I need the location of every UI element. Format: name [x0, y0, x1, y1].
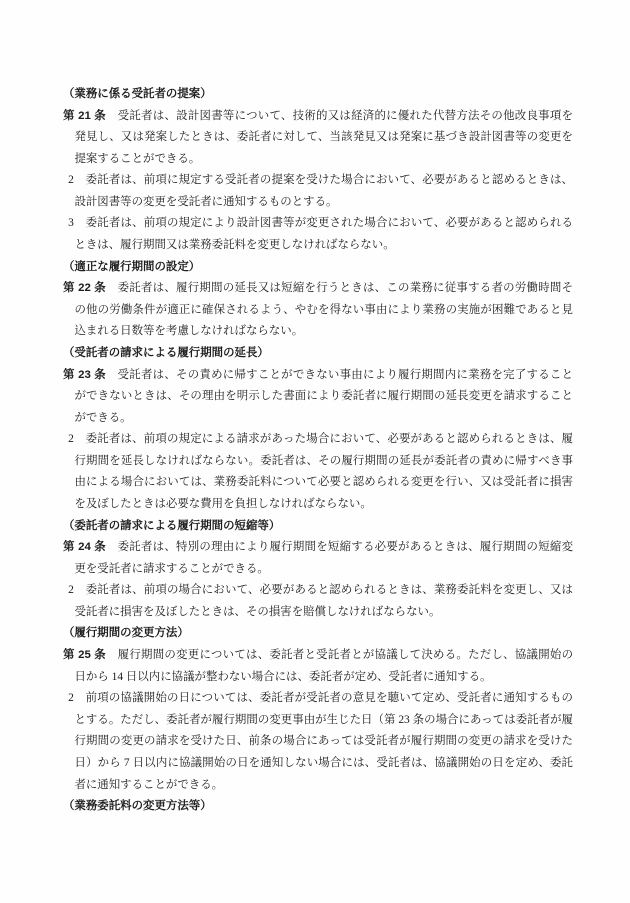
- paragraph-number: 2: [68, 174, 74, 186]
- article-sub-paragraph: 2 委託者は、前項の規定による請求があった場合において、必要があると認められると…: [63, 429, 573, 515]
- paragraph-text: 履行期間の変更については、委託者と受託者とが協議して決める。ただし、協議開始の日…: [74, 649, 573, 683]
- article-main-paragraph: 第 22 条 委託者は、履行期間の延長又は短縮を行うときは、この業務に従事する者…: [63, 278, 573, 343]
- document-page: （業務に係る受託者の提案）第 21 条 受託者は、設計図書等について、技術的又は…: [0, 0, 630, 903]
- paragraph-text: 委託者は、特別の理由により履行期間を短縮する必要があるときは、履行期間の短縮変更…: [74, 541, 573, 575]
- clause-heading: （業務に係る受託者の提案）: [63, 84, 573, 106]
- clause-heading: （履行期間の変更方法）: [63, 623, 573, 645]
- paragraph-text: 委託者は、前項の規定による請求があった場合において、必要があると認められるときは…: [74, 433, 573, 510]
- contract-text-body: （業務に係る受託者の提案）第 21 条 受託者は、設計図書等について、技術的又は…: [63, 84, 573, 818]
- article-sub-paragraph: 2 委託者は、前項に規定する受託者の提案を受けた場合において、必要があると認める…: [63, 170, 573, 213]
- article-sub-paragraph: 2 委託者は、前項の場合において、必要があると認められるときは、業務委託料を変更…: [63, 580, 573, 623]
- paragraph-text: 受託者は、設計図書等について、技術的又は経済的に優れた代替方法その他改良事項を発…: [74, 110, 573, 165]
- paragraph-number: 3: [68, 217, 74, 229]
- paragraph-number: 2: [68, 433, 74, 445]
- paragraph-text: 委託者は、前項の場合において、必要があると認められるときは、業務委託料を変更し、…: [74, 584, 573, 618]
- paragraph-text: 受託者は、その責めに帰すことができない事由により履行期間内に業務を完了することが…: [74, 369, 573, 424]
- article-number: 第 23 条: [63, 369, 106, 381]
- article-sub-paragraph: 2 前項の協議開始の日については、委託者が受託者の意見を聴いて定め、受託者に通知…: [63, 688, 573, 796]
- paragraph-text: 委託者は、履行期間の延長又は短縮を行うときは、この業務に従事する者の労働時間その…: [74, 282, 573, 337]
- clause-heading: （業務委託料の変更方法等）: [63, 796, 573, 818]
- clause-heading: （適正な履行期間の設定）: [63, 257, 573, 279]
- paragraph-number: 2: [68, 584, 74, 596]
- article-number: 第 22 条: [63, 282, 106, 294]
- article-sub-paragraph: 3 委託者は、前項の規定により設計図書等が変更された場合において、必要があると認…: [63, 213, 573, 256]
- article-main-paragraph: 第 24 条 委託者は、特別の理由により履行期間を短縮する必要があるときは、履行…: [63, 537, 573, 580]
- article-number: 第 24 条: [63, 541, 106, 553]
- clause-heading: （受託者の請求による履行期間の延長）: [63, 343, 573, 365]
- article-main-paragraph: 第 23 条 受託者は、その責めに帰すことができない事由により履行期間内に業務を…: [63, 365, 573, 430]
- paragraph-text: 委託者は、前項に規定する受託者の提案を受けた場合において、必要があると認めるとき…: [74, 174, 573, 208]
- article-main-paragraph: 第 21 条 受託者は、設計図書等について、技術的又は経済的に優れた代替方法その…: [63, 106, 573, 171]
- clause-heading: （委託者の請求による履行期間の短縮等）: [63, 516, 573, 538]
- article-number: 第 21 条: [63, 110, 106, 122]
- article-number: 第 25 条: [63, 649, 106, 661]
- paragraph-text: 委託者は、前項の規定により設計図書等が変更された場合において、必要があると認めら…: [74, 217, 573, 251]
- article-main-paragraph: 第 25 条 履行期間の変更については、委託者と受託者とが協議して決める。ただし…: [63, 645, 573, 688]
- paragraph-number: 2: [68, 692, 74, 704]
- paragraph-text: 前項の協議開始の日については、委託者が受託者の意見を聴いて定め、受託者に通知する…: [74, 692, 573, 790]
